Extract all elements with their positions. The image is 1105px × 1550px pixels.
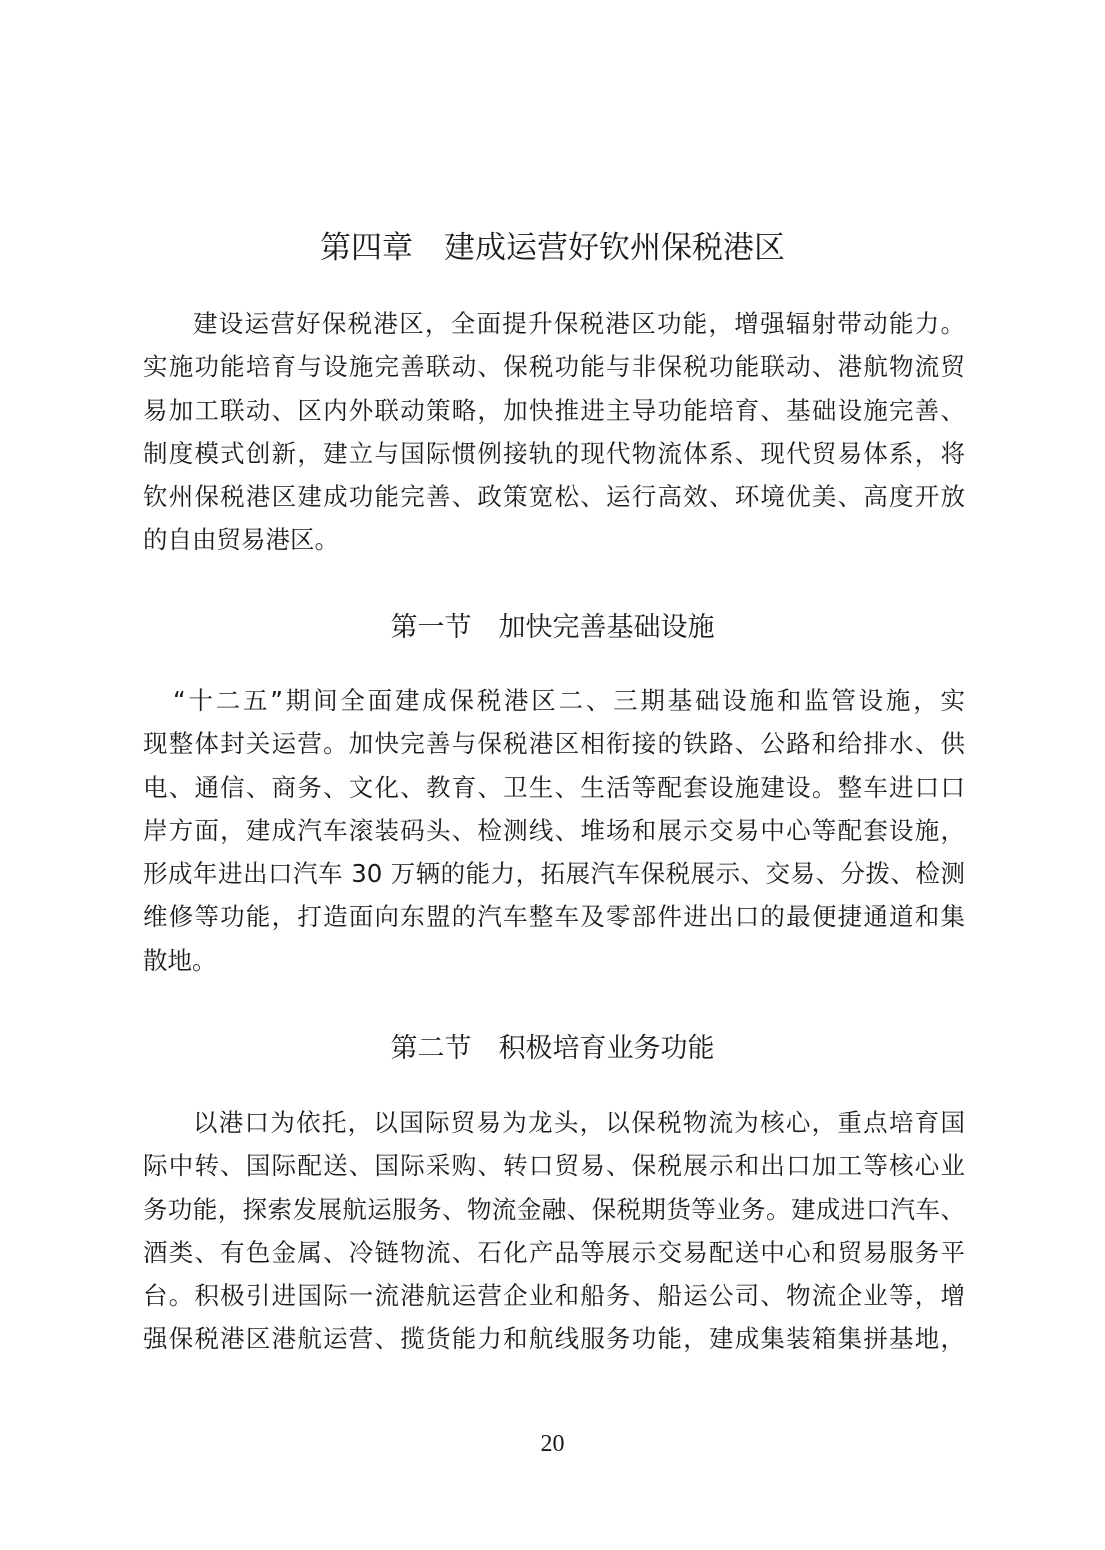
- paragraph-line: 易加工联动、区内外联动策略，加快推进主导功能培育、基础设施完善、: [143, 389, 965, 432]
- section-title-2: 第二节 积极培育业务功能: [0, 1029, 1105, 1069]
- paragraph-line: 现整体封关运营。加快完善与保税港区相衔接的铁路、公路和给排水、供: [143, 722, 965, 765]
- section-1-paragraph: “十二五”期间全面建成保税港区二、三期基础设施和监管设施，实 现整体封关运营。加…: [143, 679, 965, 982]
- paragraph-line: 形成年进出口汽车 30 万辆的能力，拓展汽车保税展示、交易、分拨、检测: [143, 852, 965, 895]
- paragraph-line: 制度模式创新，建立与国际惯例接轨的现代物流体系、现代贸易体系，将: [143, 432, 965, 475]
- section-title-1: 第一节 加快完善基础设施: [0, 608, 1105, 648]
- paragraph-line: 建设运营好保税港区，全面提升保税港区功能，增强辐射带动能力。: [143, 302, 965, 345]
- chapter-intro-paragraph: 建设运营好保税港区，全面提升保税港区功能，增强辐射带动能力。 实施功能培育与设施…: [143, 302, 965, 562]
- paragraph-line: 酒类、有色金属、冷链物流、石化产品等展示交易配送中心和贸易服务平: [143, 1231, 965, 1274]
- paragraph-line: “十二五”期间全面建成保税港区二、三期基础设施和监管设施，实: [143, 679, 965, 722]
- paragraph-line: 维修等功能，打造面向东盟的汽车整车及零部件进出口的最便捷通道和集: [143, 895, 965, 938]
- paragraph-line: 际中转、国际配送、国际采购、转口贸易、保税展示和出口加工等核心业: [143, 1144, 965, 1187]
- page-number: 20: [0, 1428, 1105, 1460]
- paragraph-line: 电、通信、商务、文化、教育、卫生、生活等配套设施建设。整车进口口: [143, 766, 965, 809]
- chapter-title: 第四章 建成运营好钦州保税港区: [0, 226, 1105, 270]
- paragraph-line: 实施功能培育与设施完善联动、保税功能与非保税功能联动、港航物流贸: [143, 345, 965, 388]
- paragraph-line: 钦州保税港区建成功能完善、政策宽松、运行高效、环境优美、高度开放: [143, 475, 965, 518]
- paragraph-line: 务功能，探索发展航运服务、物流金融、保税期货等业务。建成进口汽车、: [143, 1188, 965, 1231]
- paragraph-line: 强保税港区港航运营、揽货能力和航线服务功能，建成集装箱集拼基地，: [143, 1317, 965, 1360]
- paragraph-line: 以港口为依托，以国际贸易为龙头，以保税物流为核心，重点培育国: [143, 1101, 965, 1144]
- paragraph-line: 台。积极引进国际一流港航运营企业和船务、船运公司、物流企业等，增: [143, 1274, 965, 1317]
- paragraph-line: 岸方面，建成汽车滚装码头、检测线、堆场和展示交易中心等配套设施，: [143, 809, 965, 852]
- paragraph-line: 的自由贸易港区。: [143, 518, 965, 561]
- paragraph-line: 散地。: [143, 939, 965, 982]
- section-2-paragraph: 以港口为依托，以国际贸易为龙头，以保税物流为核心，重点培育国 际中转、国际配送、…: [143, 1101, 965, 1361]
- document-page: 第四章 建成运营好钦州保税港区 建设运营好保税港区，全面提升保税港区功能，增强辐…: [0, 0, 1105, 1550]
